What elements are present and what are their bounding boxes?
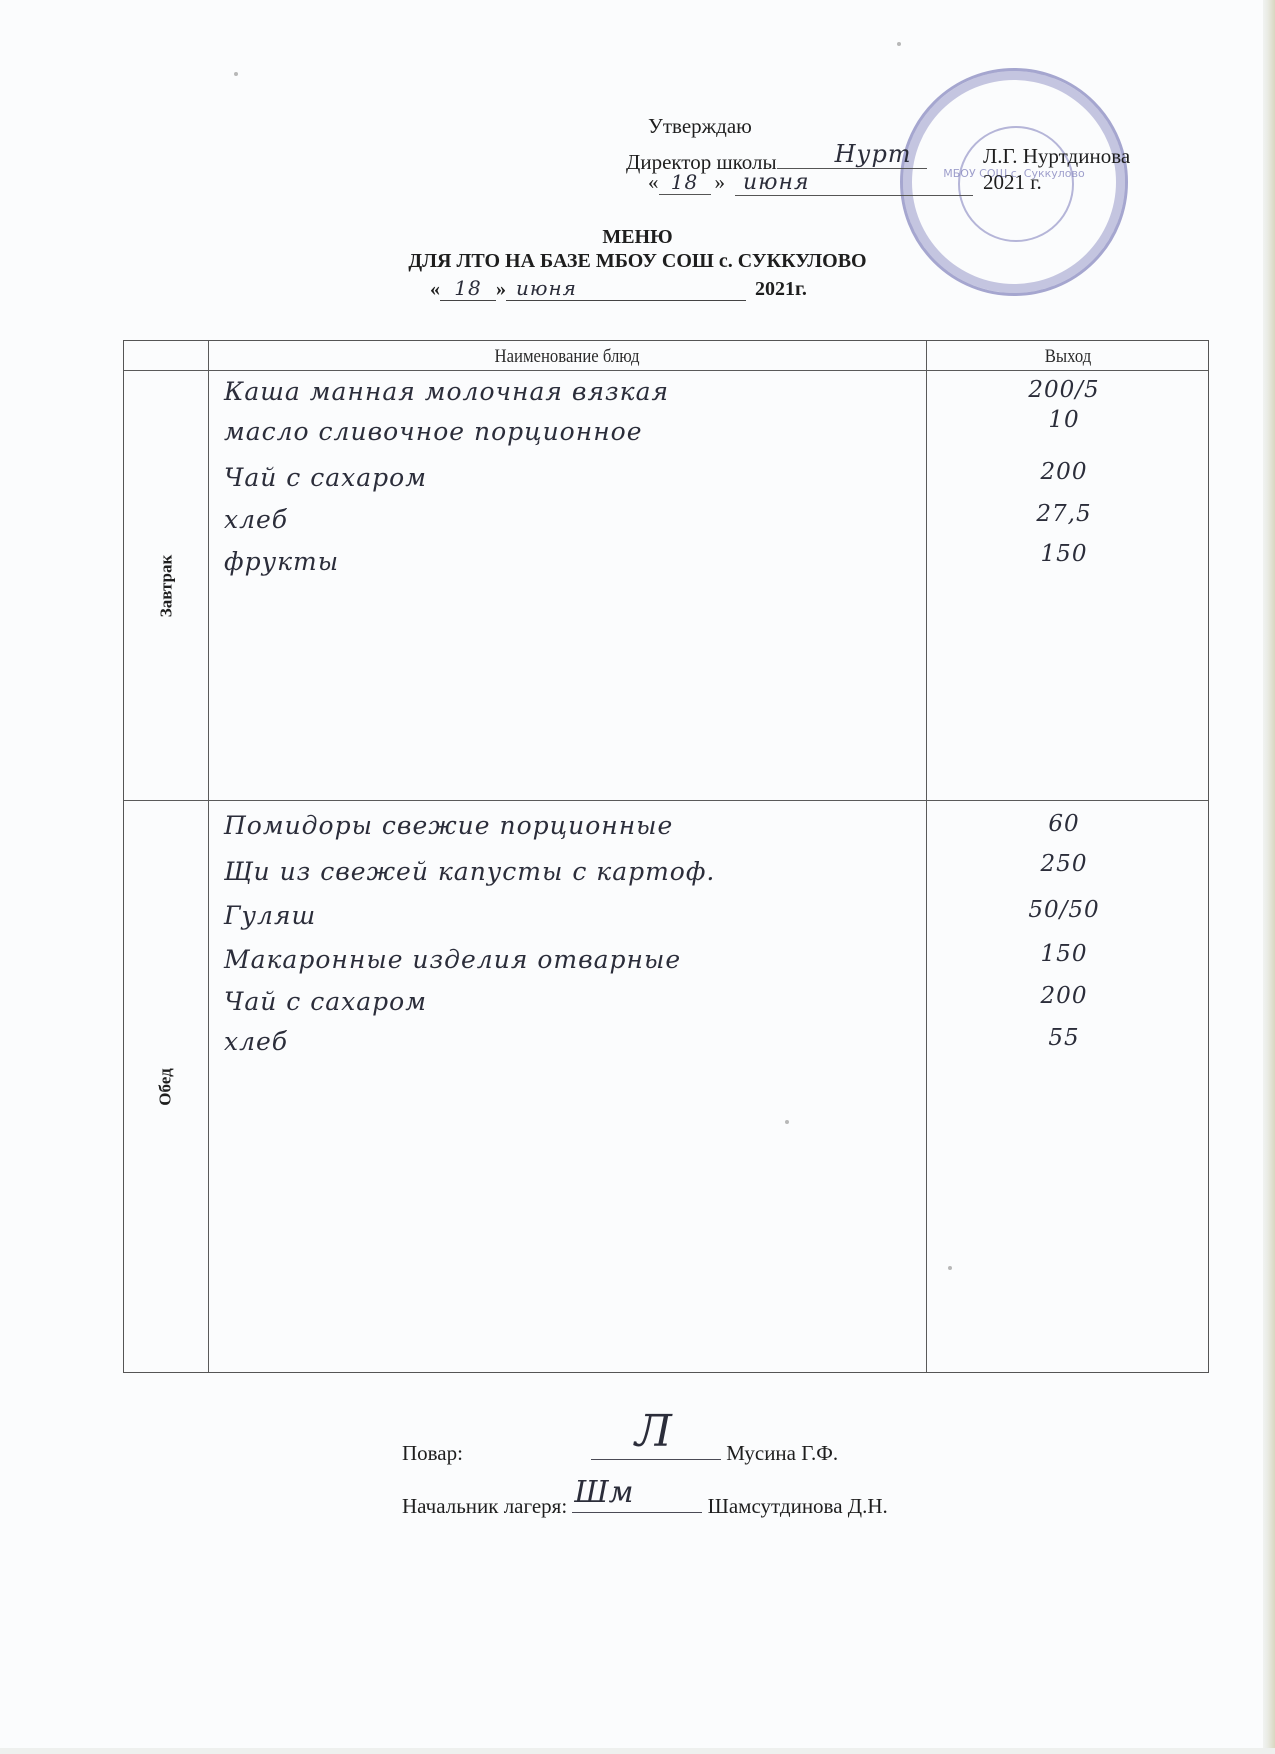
approval-year: 2021 г. bbox=[983, 170, 1042, 195]
table-row-dish: Макаронные изделия отварные bbox=[224, 945, 681, 974]
camp-head-name: Шамсутдинова Д.Н. bbox=[708, 1494, 888, 1518]
camp-head-label: Начальник лагеря: bbox=[402, 1494, 567, 1518]
cook-signature-row: Повар:Л Мусина Г.Ф. bbox=[402, 1437, 838, 1466]
director-signature-line: Нурт bbox=[777, 144, 927, 169]
approval-date: «18»июня bbox=[648, 170, 973, 196]
meal-label-breakfast-text: Завтрак bbox=[156, 554, 176, 617]
camp-head-signature-row: Начальник лагеря: Шм Шамсутдинова Д.Н. bbox=[402, 1490, 888, 1519]
table-header-divider bbox=[124, 370, 1208, 371]
table-row-dish: фрукты bbox=[224, 547, 339, 576]
approval-date-day: 18 bbox=[659, 170, 711, 195]
menu-date: «18»июня 2021г. bbox=[430, 276, 807, 301]
meal-label-breakfast: Завтрак bbox=[124, 371, 208, 800]
table-row-yield: 250 bbox=[984, 851, 1144, 877]
table-row-divider bbox=[124, 800, 1208, 801]
page-title: МЕНЮ bbox=[0, 226, 1275, 249]
column-header-dish-name: Наименование блюд bbox=[251, 341, 883, 370]
table-row-dish: Помидоры свежие порционные bbox=[224, 811, 673, 840]
table-row-yield: 150 bbox=[984, 541, 1144, 567]
director-name: Л.Г. Нуртдинова bbox=[983, 144, 1130, 169]
menu-date-open-quote: « bbox=[430, 278, 440, 300]
menu-date-close-quote: » bbox=[496, 278, 506, 300]
approval-date-month: июня bbox=[735, 170, 973, 196]
scan-speck bbox=[897, 42, 901, 46]
table-row-yield: 27,5 bbox=[984, 501, 1144, 527]
approval-date-open-quote: « bbox=[648, 170, 659, 194]
table-row-yield: 55 bbox=[984, 1025, 1144, 1051]
table-column-divider bbox=[926, 341, 927, 1372]
director-signature: Нурт bbox=[835, 140, 912, 168]
meal-label-lunch: Обед bbox=[124, 801, 208, 1373]
cook-signature: Л bbox=[635, 1406, 672, 1457]
camp-head-signature: Шм bbox=[574, 1475, 633, 1510]
table-row-yield: 10 bbox=[984, 407, 1144, 433]
cook-label: Повар: bbox=[402, 1441, 463, 1465]
table-row-dish: Чай с сахаром bbox=[224, 463, 427, 492]
table-row-yield: 200 bbox=[984, 459, 1144, 485]
menu-table: Наименование блюд Выход Завтрак Обед Каш… bbox=[123, 340, 1209, 1373]
table-row-yield: 200 bbox=[984, 983, 1144, 1009]
table-column-divider bbox=[208, 341, 209, 1372]
menu-date-day: 18 bbox=[440, 276, 496, 301]
approve-label: Утверждаю bbox=[648, 114, 752, 139]
scan-edge-bottom bbox=[0, 1748, 1275, 1754]
table-row-yield: 150 bbox=[984, 941, 1144, 967]
cook-name: Мусина Г.Ф. bbox=[726, 1441, 838, 1465]
scan-speck bbox=[948, 1266, 952, 1270]
table-row-dish: Каша манная молочная вязкая bbox=[224, 377, 669, 406]
menu-date-month: июня bbox=[506, 276, 746, 301]
table-row-dish: масло сливочное порционное bbox=[224, 417, 643, 446]
table-row-dish: хлеб bbox=[224, 505, 288, 534]
meal-label-lunch-text: Обед bbox=[156, 1068, 176, 1105]
scan-speck bbox=[785, 1120, 789, 1124]
table-row-yield: 200/5 bbox=[984, 377, 1144, 403]
table-row-yield: 60 bbox=[984, 811, 1144, 837]
table-row-dish: Щи из свежей капусты с картоф. bbox=[224, 857, 715, 886]
table-row-dish: Чай с сахаром bbox=[224, 987, 427, 1016]
table-row-dish: Гуляш bbox=[224, 901, 316, 930]
camp-head-signature-line: Шм bbox=[572, 1490, 702, 1513]
page-subtitle: ДЛЯ ЛТО НА БАЗЕ МБОУ СОШ с. СУККУЛОВО bbox=[0, 250, 1275, 273]
column-header-yield: Выход bbox=[943, 341, 1193, 370]
approval-date-close-quote: » bbox=[715, 170, 726, 194]
menu-date-year: 2021г. bbox=[755, 278, 807, 300]
scan-speck bbox=[234, 72, 238, 76]
table-row-yield: 50/50 bbox=[984, 897, 1144, 923]
table-row-dish: хлеб bbox=[224, 1027, 288, 1056]
cook-signature-line: Л bbox=[591, 1437, 721, 1460]
